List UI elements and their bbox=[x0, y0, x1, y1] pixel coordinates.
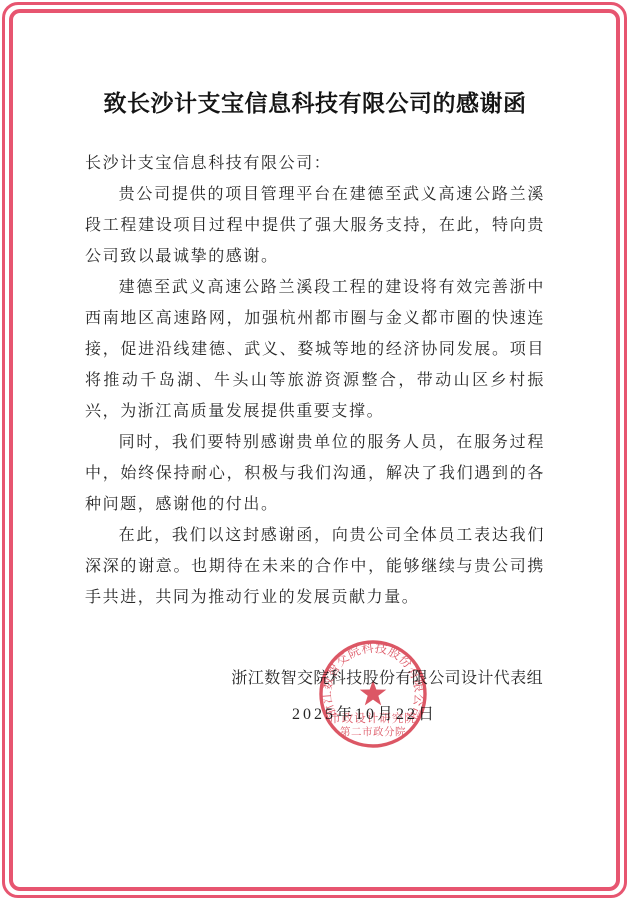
letter-date: 2025年10月22日 bbox=[85, 699, 545, 730]
letter-paragraph-3: 同时，我们要特别感谢贵单位的服务人员，在服务过程中，始终保持耐心，积极与我们沟通… bbox=[85, 427, 545, 520]
letter-salutation: 长沙计支宝信息科技有限公司： bbox=[85, 148, 545, 179]
letter-signature: 浙江数智交院科技股份有限公司设计代表组 bbox=[85, 663, 545, 694]
letter-paragraph-4: 在此，我们以这封感谢函，向贵公司全体员工表达我们深深的谢意。也期待在未来的合作中… bbox=[85, 520, 545, 613]
letter-content: 致长沙计支宝信息科技有限公司的感谢函 长沙计支宝信息科技有限公司： 贵公司提供的… bbox=[85, 0, 545, 730]
letter-title: 致长沙计支宝信息科技有限公司的感谢函 bbox=[85, 0, 545, 120]
letter-paragraph-1: 贵公司提供的项目管理平台在建德至武义高速公路兰溪段工程建设项目过程中提供了强大服… bbox=[85, 179, 545, 272]
thank-you-letter-page: 致长沙计支宝信息科技有限公司的感谢函 长沙计支宝信息科技有限公司： 贵公司提供的… bbox=[0, 0, 629, 900]
letter-paragraph-2: 建德至武义高速公路兰溪段工程的建设将有效完善浙中西南地区高速路网，加强杭州都市圈… bbox=[85, 272, 545, 427]
